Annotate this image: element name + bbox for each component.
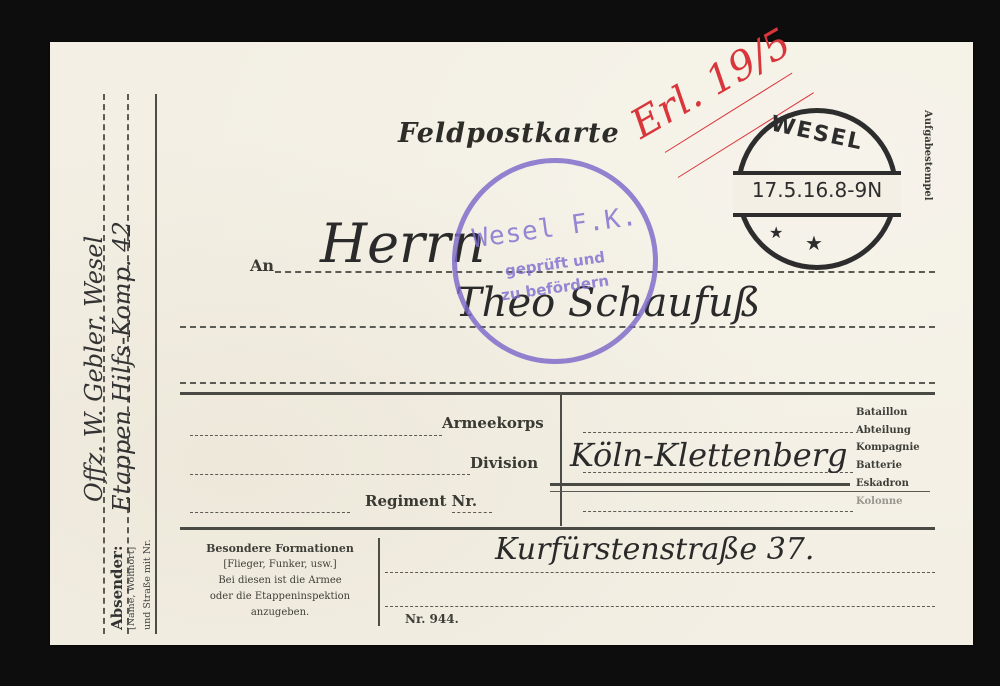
unit-option-kompagnie: Kompagnie [856,442,920,453]
postmark-stamp: WESEL 17.5.16.8-9N ★ ★ [736,108,898,270]
postmark-town: WESEL [740,105,894,161]
sender-handwritten-line-2: Etappen Hilfs-Komp. 42 [108,221,136,512]
address-line-3 [180,382,935,384]
sender-divider [155,94,157,634]
unit-line-3 [583,511,853,512]
address-prefix: An [250,256,274,275]
unit-rule-thick [550,483,850,486]
division-label: Division [470,454,538,472]
recipient-location: Köln-Klettenberg [570,436,848,474]
street-line [385,572,935,573]
armeekorps-field-line [190,435,442,436]
extra-line [385,606,935,607]
censor-stamp: Wesel F.K. geprüft und zu befördern [452,158,658,364]
card-title: Feldpostkarte [398,118,620,149]
postmark-date: 17.5.16.8-9N [741,178,893,202]
unit-option-abteilung: Abteilung [856,425,911,436]
postmark-star-icon: ★ [805,231,823,255]
unit-line-1 [583,432,853,433]
field-postcard: Absender: [Name, Wohnort] und Straße mit… [50,42,973,645]
sender-subheading-1: [Name, Wohnort] [126,547,137,630]
special-formations-examples: [Flieger, Funker, usw.] [180,559,380,570]
perforated-edge [45,42,53,645]
unit-option-eskadron: Eskadron [856,478,909,489]
address-section-divider [180,392,935,395]
special-formations-divider [378,538,380,626]
special-formations-line-1: Bei diesen ist die Armee [180,575,380,586]
postmark-side-label: Aufgabestempel [922,110,933,201]
unit-option-batterie: Batterie [856,460,902,471]
division-field-line [190,474,470,475]
regiment-label: Regiment Nr. [365,492,477,510]
recipient-street: Kurfürstenstraße 37. [495,532,814,567]
unit-option-kolonne: Kolonne [856,496,903,507]
unit-option-bataillon: Bataillon [856,407,907,418]
unit-rule-thin [550,491,930,492]
sender-handwritten-line-1: Offz. W. Gebler, Wesel [80,236,108,502]
military-column-divider [560,394,562,526]
postmark-star-icon: ★ [769,223,783,242]
regiment-number-line [452,512,492,513]
form-number: Nr. 944. [405,612,459,626]
regiment-field-line [190,512,350,513]
special-formations-line-3: anzugeben. [180,607,380,618]
special-formations-line-2: oder die Etappeninspektion [180,591,380,602]
sender-heading: Absender: [108,546,126,631]
armeekorps-label: Armeekorps [442,414,544,432]
military-section-divider [180,527,935,530]
sender-subheading-2: und Straße mit Nr. [142,539,153,630]
special-formations-heading: Besondere Formationen [180,542,380,555]
